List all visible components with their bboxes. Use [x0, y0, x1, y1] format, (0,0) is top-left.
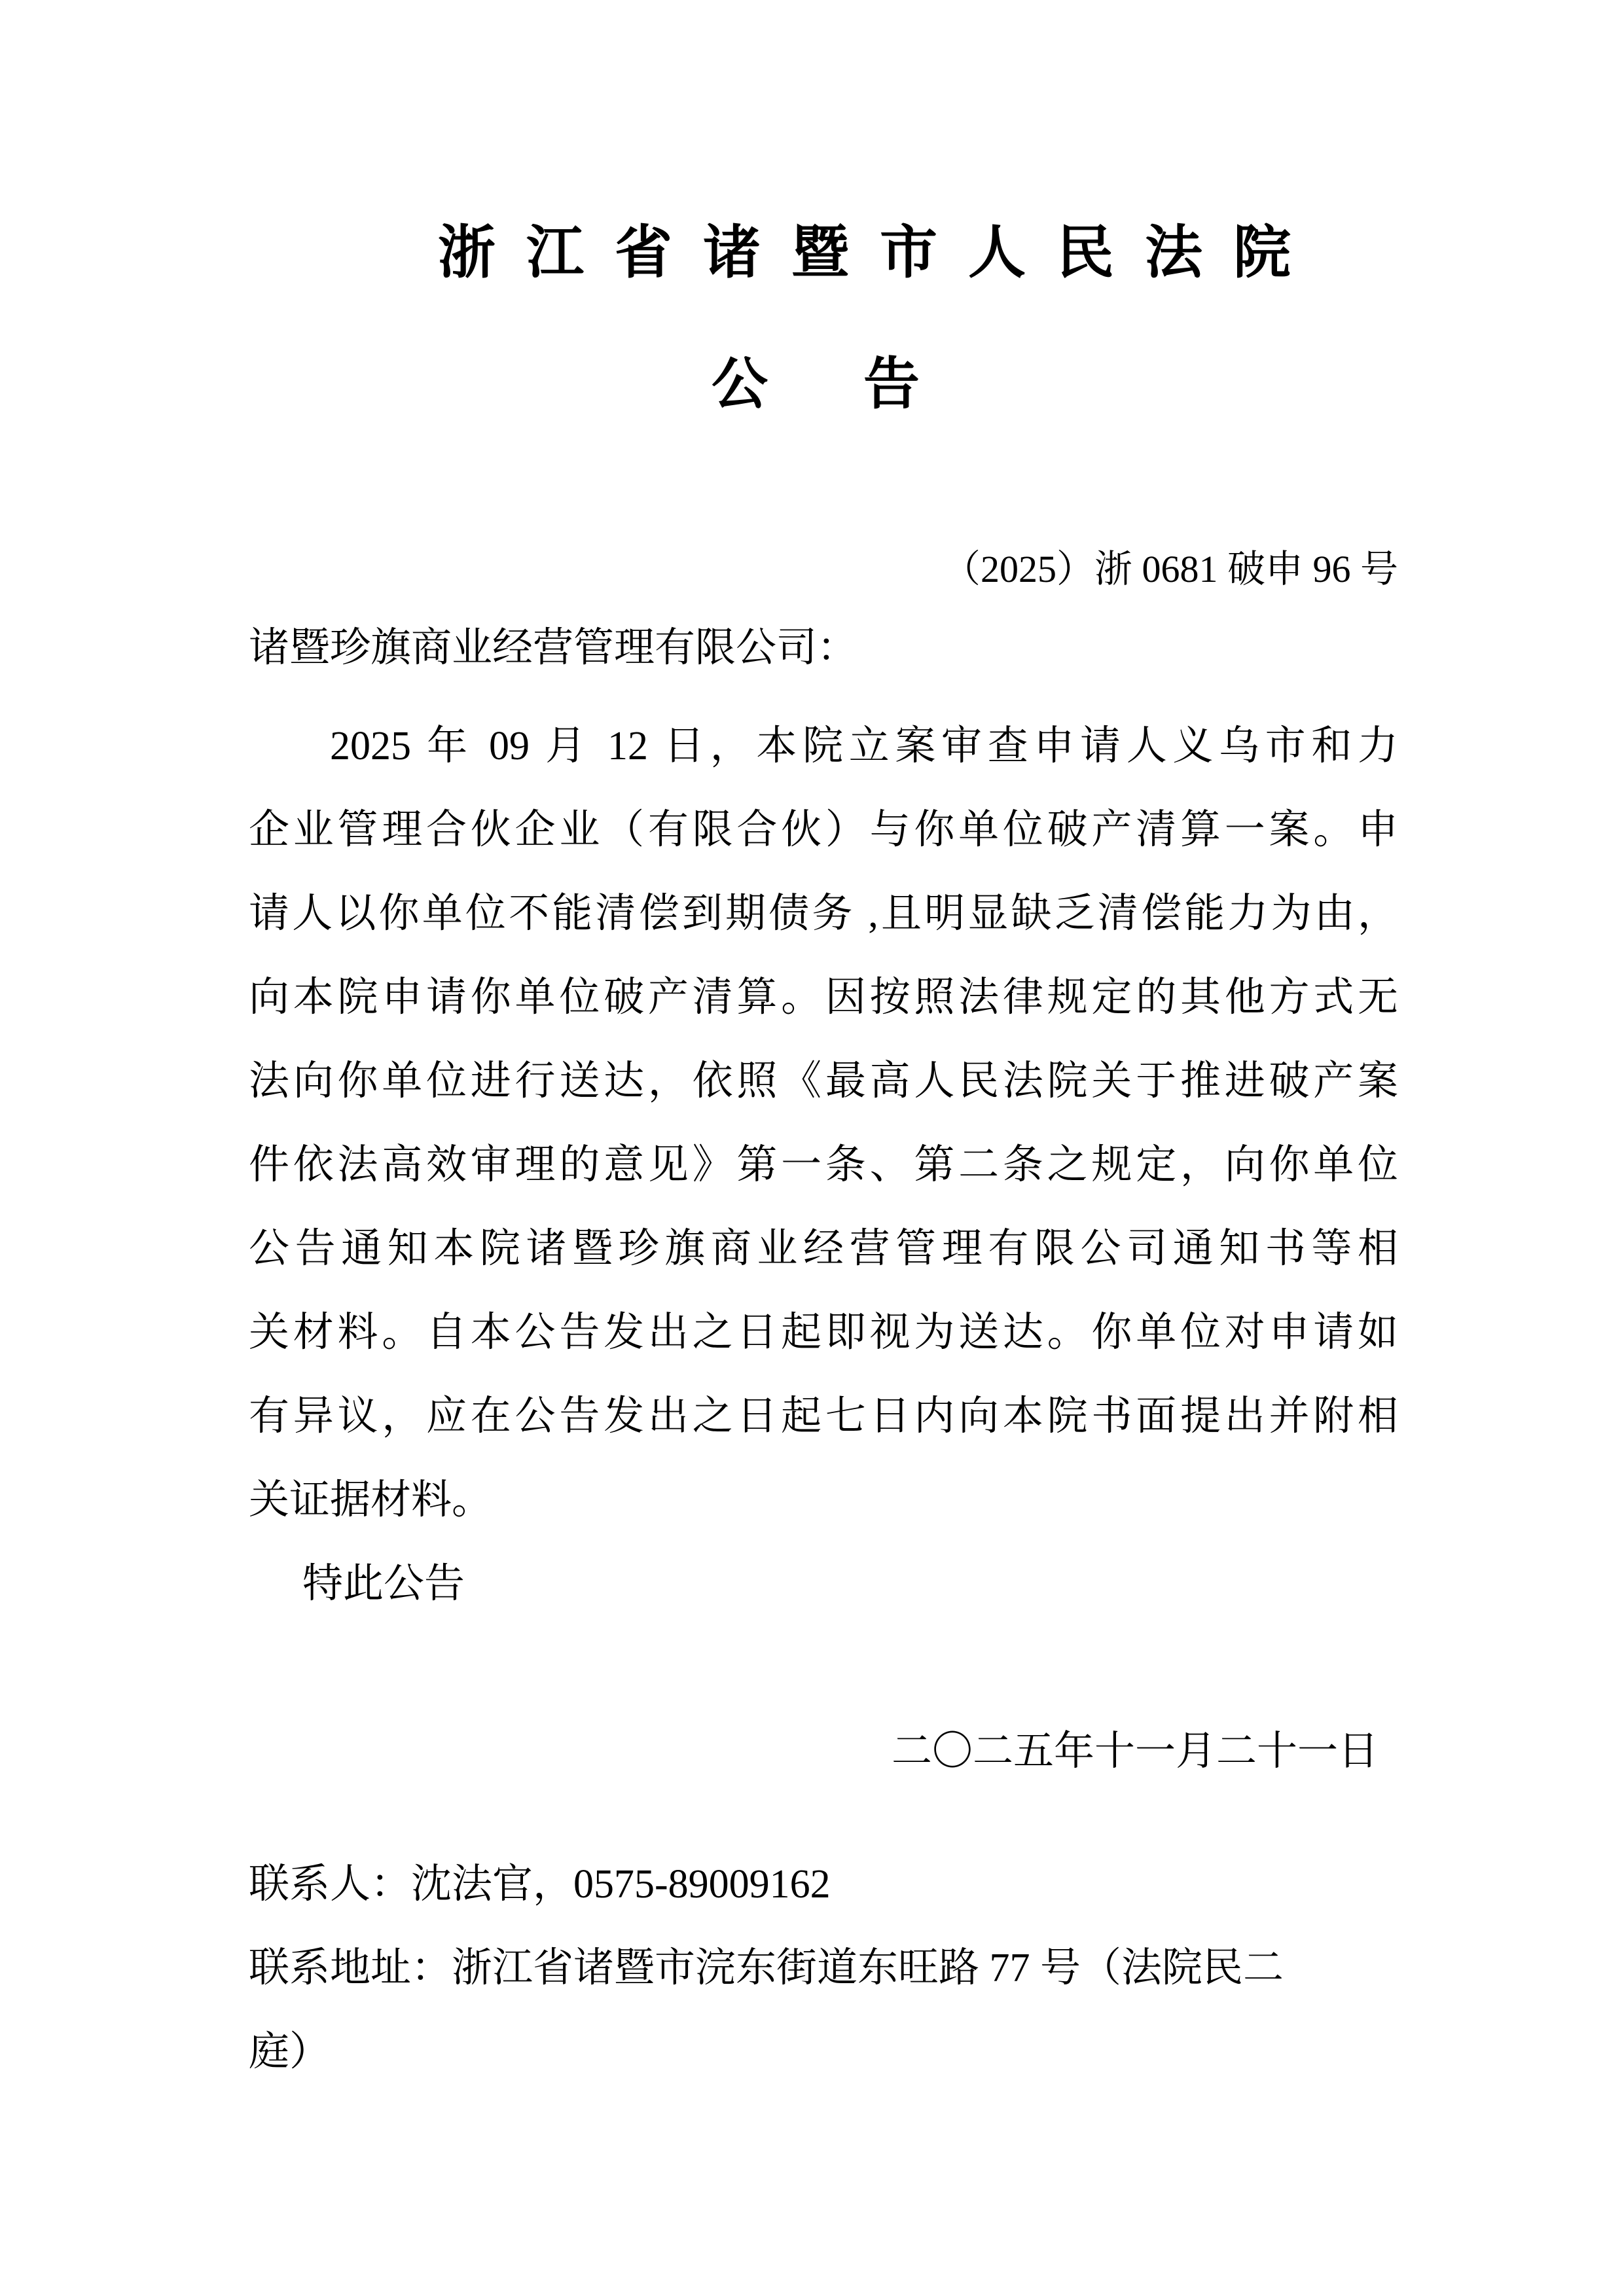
contact-address-line-2: 庭）: [249, 2010, 1398, 2094]
body-line-8: 关材料。自本公告发出之日起即视为送达。你单位对申请如: [249, 1291, 1398, 1374]
notice-body: 2025 年 09 月 12 日，本院立案审查申请人义乌市和力 企业管理合伙企业…: [249, 704, 1398, 1542]
document-content: 浙江省诸暨市人民法院 公告 （2025）浙 0681 破申 96 号 诸暨珍旗商…: [249, 0, 1398, 2094]
contact-address-line-1: 联系地址：浙江省诸暨市浣东街道东旺路 77 号（法院民二: [249, 1926, 1398, 2010]
body-line-7: 公告通知本院诸暨珍旗商业经营管理有限公司通知书等相: [249, 1207, 1398, 1291]
closing-line: 特此公告: [249, 1542, 1398, 1626]
court-name-title: 浙江省诸暨市人民法院: [305, 0, 1454, 288]
case-number: （2025）浙 0681 破申 96 号: [249, 547, 1398, 592]
notice-title: 公告: [289, 350, 1438, 419]
body-line-6: 件依法高效审理的意见》第一条、第二条之规定，向你单位: [249, 1123, 1398, 1207]
body-line-10: 关证据材料。: [249, 1458, 1398, 1542]
body-line-4: 向本院申请你单位破产清算。因按照法律规定的其他方式无: [249, 956, 1398, 1039]
contact-info: 联系人：沈法官，0575-89009162 联系地址：浙江省诸暨市浣东街道东旺路…: [249, 1842, 1398, 2094]
body-line-9: 有异议，应在公告发出之日起七日内向本院书面提出并附相: [249, 1374, 1398, 1458]
body-line-3: 请人以你单位不能清偿到期债务 ,且明显缺乏清偿能力为由，: [249, 872, 1398, 956]
document-page: 浙江省诸暨市人民法院 公告 （2025）浙 0681 破申 96 号 诸暨珍旗商…: [0, 0, 1624, 2296]
body-line-1: 2025 年 09 月 12 日，本院立案审查申请人义乌市和力: [249, 704, 1398, 788]
issue-date: 二〇二五年十一月二十一日: [249, 1710, 1398, 1793]
body-line-2: 企业管理合伙企业（有限合伙）与你单位破产清算一案。申: [249, 788, 1398, 872]
contact-person-line: 联系人：沈法官，0575-89009162: [249, 1842, 1398, 1926]
addressee-line: 诸暨珍旗商业经营管理有限公司：: [249, 624, 1398, 673]
body-line-5: 法向你单位进行送达，依照《最高人民法院关于推进破产案: [249, 1039, 1398, 1123]
